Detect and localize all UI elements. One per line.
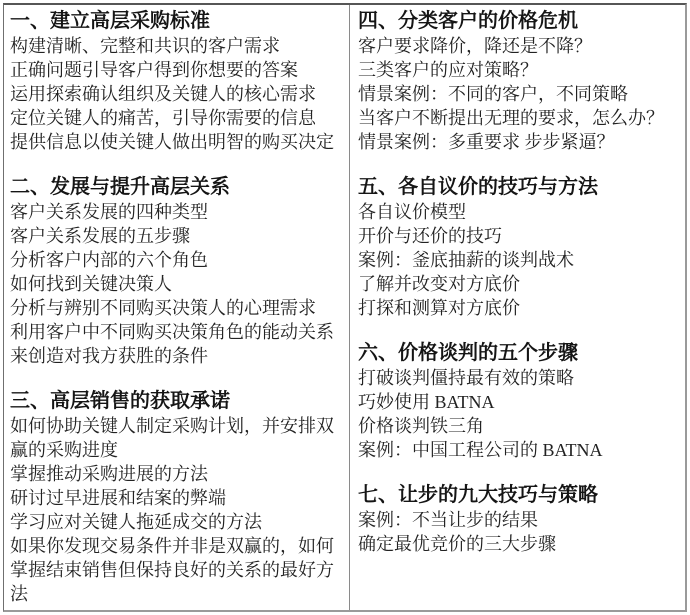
outline-item: 分析客户内部的六个角色 [10, 248, 345, 272]
outline-item: 如何协助关键人制定采购计划，并安排双赢的采购进度 [10, 414, 345, 462]
section-heading: 六、价格谈判的五个步骤 [358, 340, 679, 366]
outline-section: 七、让步的九大技巧与策略案例：不当让步的结果确定最优竞价的三大步骤 [358, 482, 679, 556]
outline-item: 案例：不当让步的结果 [358, 508, 679, 532]
outline-item: 开价与还价的技巧 [358, 224, 679, 248]
outline-item: 当客户不断提出无理的要求，怎么办？ [358, 106, 679, 130]
outline-item: 案例：中国工程公司的 BATNA [358, 438, 679, 462]
outline-item: 掌握推动采购进展的方法 [10, 462, 345, 486]
outline-column-left: 一、建立高层采购标准构建清晰、完整和共识的客户需求正确问题引导客户得到你想要的答… [4, 5, 349, 610]
outline-item: 分析与辨别不同购买决策人的心理需求 [10, 296, 345, 320]
outline-item: 提供信息以使关键人做出明智的购买决定 [10, 130, 345, 154]
section-heading: 七、让步的九大技巧与策略 [358, 482, 679, 508]
outline-section: 二、发展与提升高层关系客户关系发展的四种类型客户关系发展的五步骤分析客户内部的六… [10, 174, 345, 368]
outline-item: 定位关键人的痛苦，引导你需要的信息 [10, 106, 345, 130]
document-frame: 一、建立高层采购标准构建清晰、完整和共识的客户需求正确问题引导客户得到你想要的答… [3, 3, 687, 612]
outline-item: 学习应对关键人拖延成交的方法 [10, 510, 345, 534]
outline-item: 情景案例：多重要求 步步紧逼？ [358, 130, 679, 154]
outline-item: 三类客户的应对策略？ [358, 58, 679, 82]
outline-section: 六、价格谈判的五个步骤打破谈判僵持最有效的策略巧妙使用 BATNA价格谈判铁三角… [358, 340, 679, 462]
outline-item: 价格谈判铁三角 [358, 414, 679, 438]
outline-item: 了解并改变对方底价 [358, 272, 679, 296]
outline-item: 确定最优竞价的三大步骤 [358, 532, 679, 556]
outline-item: 客户关系发展的五步骤 [10, 224, 345, 248]
outline-item: 各自议价模型 [358, 200, 679, 224]
section-heading: 三、高层销售的获取承诺 [10, 388, 345, 414]
outline-item: 客户关系发展的四种类型 [10, 200, 345, 224]
outline-item: 巧妙使用 BATNA [358, 390, 679, 414]
outline-item: 运用探索确认组织及关键人的核心需求 [10, 82, 345, 106]
outline-item: 正确问题引导客户得到你想要的答案 [10, 58, 345, 82]
outline-section: 三、高层销售的获取承诺如何协助关键人制定采购计划，并安排双赢的采购进度掌握推动采… [10, 388, 345, 606]
outline-item: 构建清晰、完整和共识的客户需求 [10, 34, 345, 58]
outline-item: 研讨过早进展和结案的弊端 [10, 486, 345, 510]
outline-item: 利用客户中不同购买决策角色的能动关系来创造对我方获胜的条件 [10, 320, 345, 368]
outline-section: 四、分类客户的价格危机客户要求降价，降还是不降？三类客户的应对策略？情景案例：不… [358, 8, 679, 154]
section-heading: 四、分类客户的价格危机 [358, 8, 679, 34]
outline-item: 客户要求降价，降还是不降？ [358, 34, 679, 58]
outline-item: 情景案例：不同的客户，不同策略 [358, 82, 679, 106]
section-heading: 五、各自议价的技巧与方法 [358, 174, 679, 200]
outline-section: 五、各自议价的技巧与方法各自议价模型开价与还价的技巧案例：釜底抽薪的谈判战术了解… [358, 174, 679, 320]
outline-item: 打破谈判僵持最有效的策略 [358, 366, 679, 390]
outline-column-right: 四、分类客户的价格危机客户要求降价，降还是不降？三类客户的应对策略？情景案例：不… [349, 5, 685, 610]
outline-item: 案例：釜底抽薪的谈判战术 [358, 248, 679, 272]
outline-item: 如何找到关键决策人 [10, 272, 345, 296]
outline-item: 如果你发现交易条件并非是双赢的，如何掌握结束销售但保持良好的关系的最好方法 [10, 534, 345, 606]
outline-section: 一、建立高层采购标准构建清晰、完整和共识的客户需求正确问题引导客户得到你想要的答… [10, 8, 345, 154]
section-heading: 二、发展与提升高层关系 [10, 174, 345, 200]
outline-item: 打探和测算对方底价 [358, 296, 679, 320]
section-heading: 一、建立高层采购标准 [10, 8, 345, 34]
